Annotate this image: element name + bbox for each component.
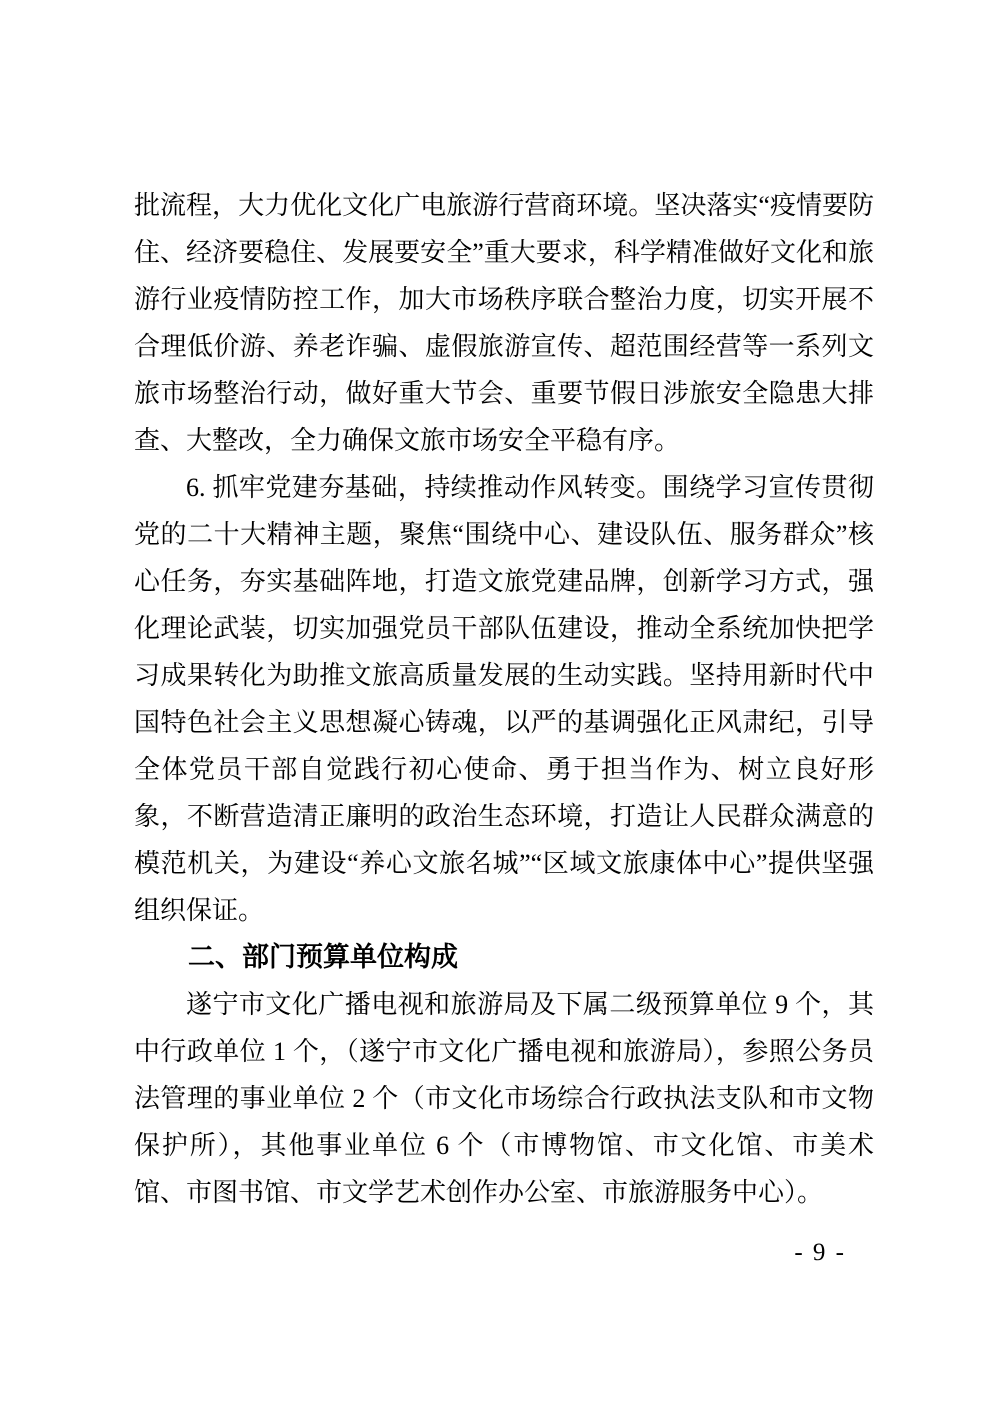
paragraph-market-regulation: 批流程，大力优化文化广电旅游行营商环境。坚决落实“疫情要防住、经济要稳住、发展要… xyxy=(134,182,874,464)
paragraph-budget-units: 遂宁市文化广播电视和旅游局及下属二级预算单位 9 个，其中行政单位 1 个，（遂… xyxy=(134,981,874,1216)
section-heading-budget-unit-composition: 二、部门预算单位构成 xyxy=(134,934,874,981)
document-body: 批流程，大力优化文化广电旅游行营商环境。坚决落实“疫情要防住、经济要稳住、发展要… xyxy=(134,182,874,1216)
page-number: - 9 - xyxy=(794,1238,846,1268)
paragraph-party-building: 6. 抓牢党建夯基础，持续推动作风转变。围绕学习宣传贯彻党的二十大精神主题，聚焦… xyxy=(134,464,874,934)
document-page: 批流程，大力优化文化广电旅游行营商环境。坚决落实“疫情要防住、经济要稳住、发展要… xyxy=(0,0,992,1403)
